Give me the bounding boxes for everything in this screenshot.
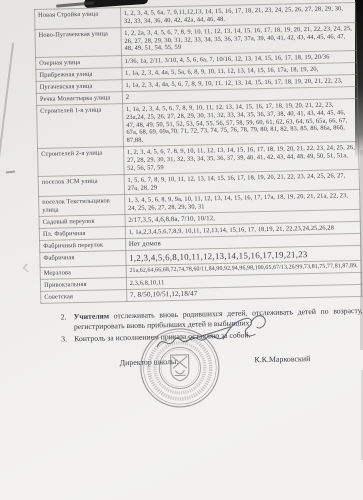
item-lead: Учителям: [74, 312, 110, 322]
item-number: 3.: [61, 334, 67, 344]
scanned-page: Новая Стройка улица1, 2, 3, 4, 5, 6а, 7,…: [34, 2, 363, 369]
seal-emblem-icon: [171, 355, 190, 381]
scan-artifact-left-tick: [6, 171, 15, 173]
street-name-cell: Ново-Пугачевская улица: [35, 28, 121, 57]
street-house-numbers-table: Новая Стройка улица1, 2, 3, 4, 5, 6а, 7,…: [34, 2, 362, 304]
street-name-cell: Строителей 2-я улица: [38, 147, 124, 176]
street-name-cell: Строителей 1-я улица: [37, 104, 124, 149]
signature-scribble: [153, 309, 294, 358]
scan-artifact-left-fold: [0, 42, 14, 191]
street-name-cell: поселок Текстильщиков улица: [39, 194, 125, 216]
table-row: Строителей 1-я улица1, 1а, 2, 3, 4, 5, 6…: [37, 99, 359, 149]
street-name-cell: Советская: [41, 290, 127, 304]
house-numbers-cell: 1, 1а, 2, 3, 4, 5, 6, 7, 8, 9, 10, 11, 1…: [122, 99, 358, 147]
scan-artifact-left-mark: [23, 263, 32, 272]
street-name-cell: поселок ЗСМ улица: [38, 175, 124, 197]
street-name-cell: Новая Стройка улица: [35, 8, 121, 30]
item-number: 2.: [61, 313, 67, 323]
